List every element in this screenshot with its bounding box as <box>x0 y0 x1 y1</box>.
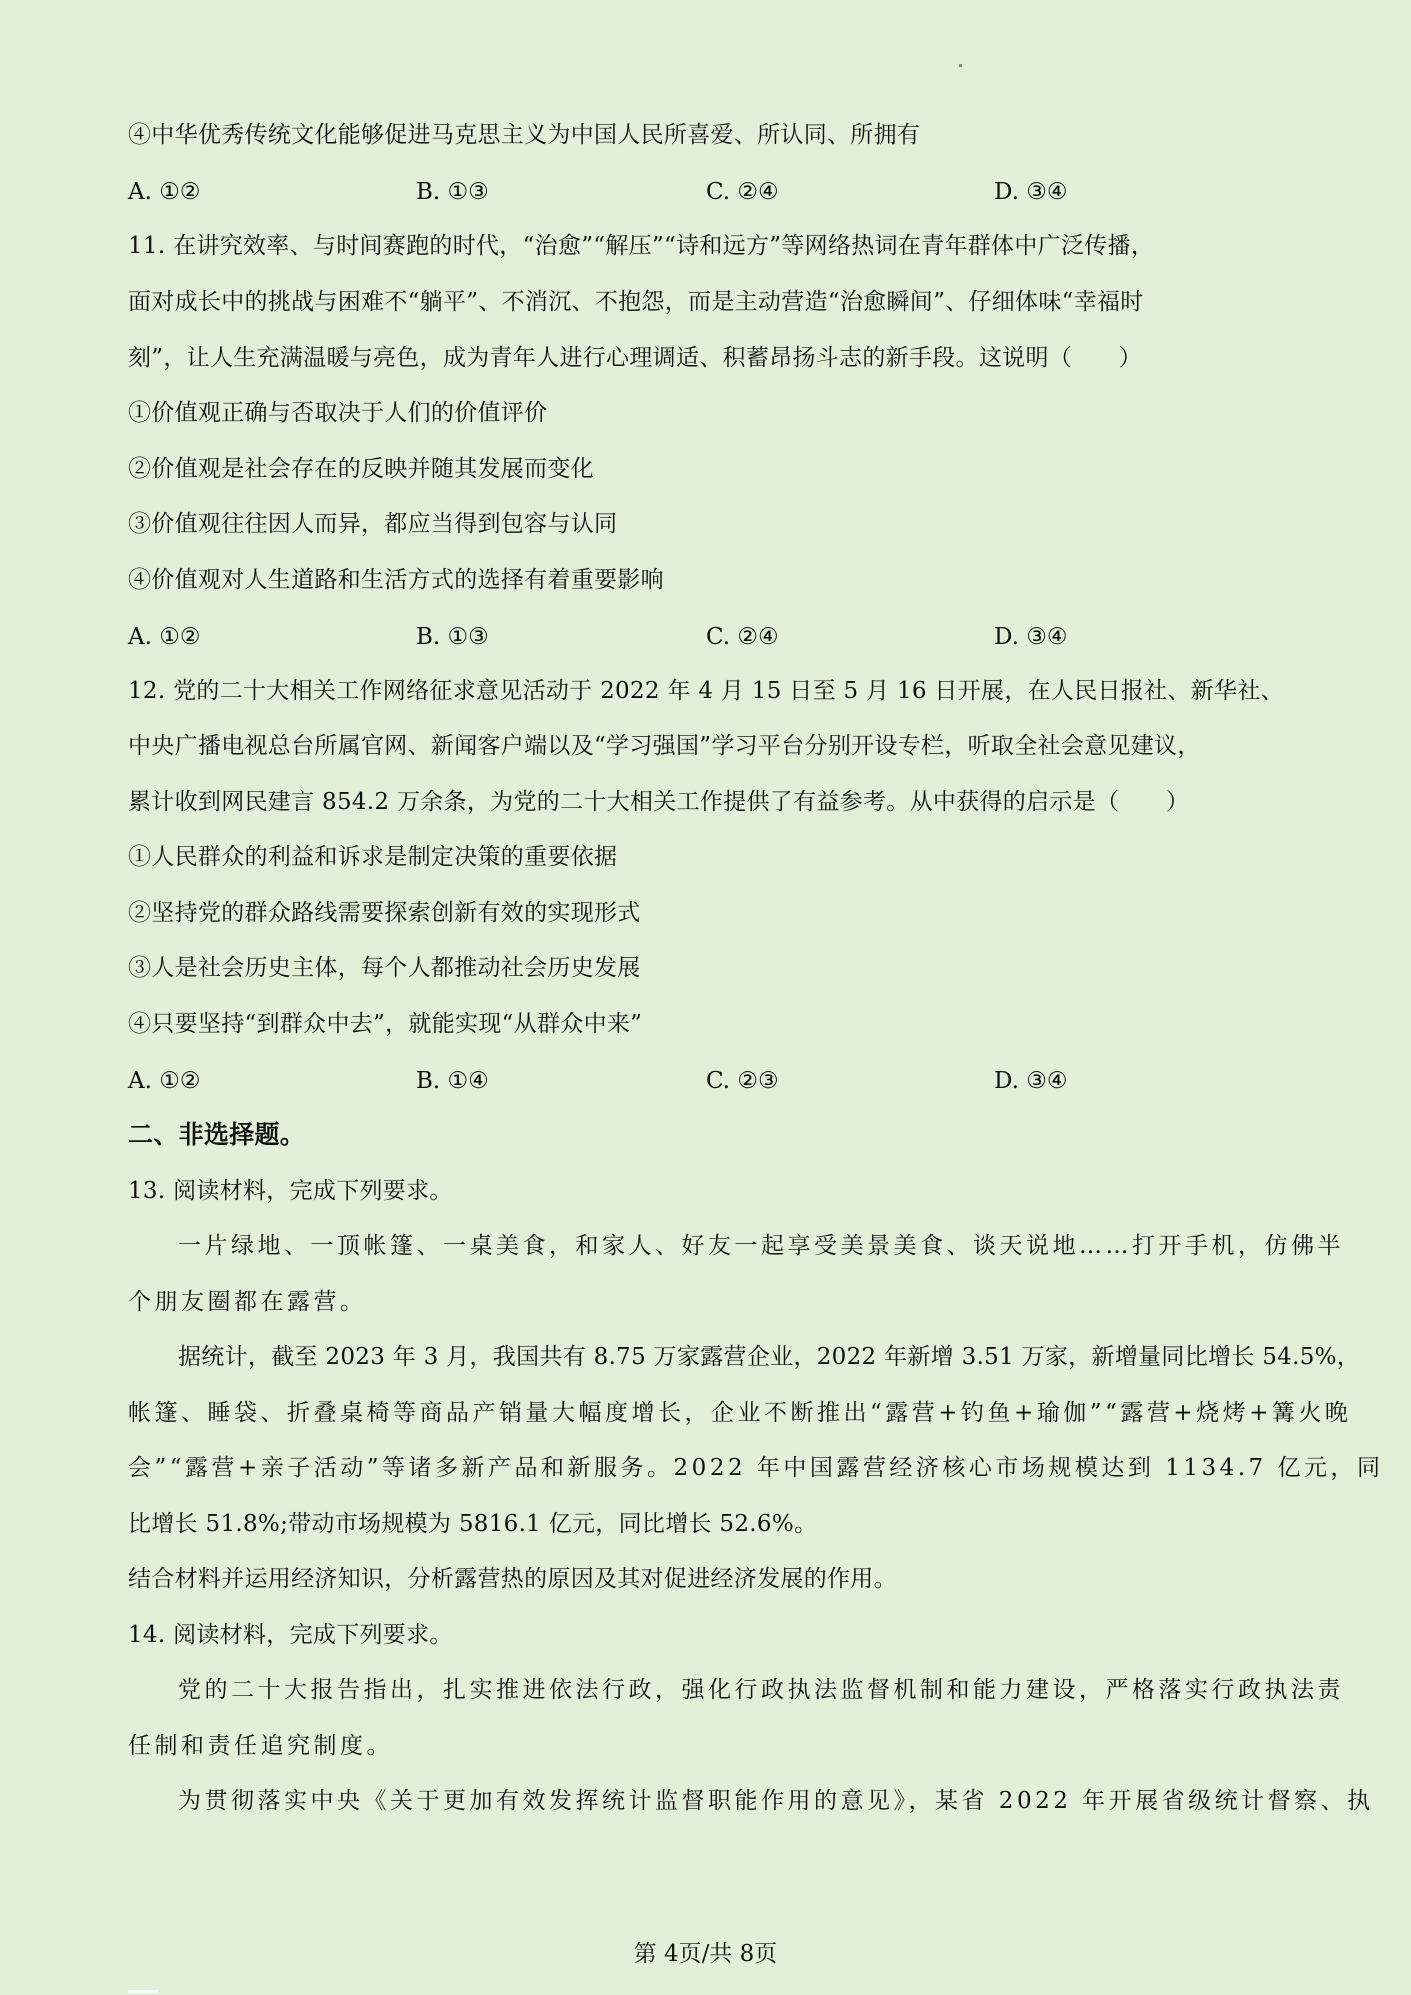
q12-item-4: ④只要坚持“到群众中去”，就能实现“从群众中来” <box>128 1009 642 1039</box>
q11-option-d[interactable]: D. ③④ <box>994 622 1067 652</box>
q11-option-c[interactable]: C. ②④ <box>706 622 779 652</box>
scan-speck <box>959 64 962 67</box>
q10-item-4: ④中华优秀传统文化能够促进马克思主义为中国人民所喜爱、所认同、所拥有 <box>128 120 920 150</box>
q12-option-c[interactable]: C. ②③ <box>706 1066 779 1096</box>
q13-requirement: 结合材料并运用经济知识，分析露营热的原因及其对促进经济发展的作用。 <box>128 1564 897 1594</box>
scan-mark <box>128 1990 158 1993</box>
q13-material-1-line-1: 一片绿地、一顶帐篷、一桌美食，和家人、好友一起享受美景美食、谈天说地……打开手机… <box>178 1231 1344 1261</box>
q12-stem-line-2: 中央广播电视总台所属官网、新闻客户端以及“学习强国”学习平台分别开设专栏，听取全… <box>128 731 1201 761</box>
q13-material-2-line-1: 据统计，截至 2023 年 3 月，我国共有 8.75 万家露营企业，2022 … <box>178 1342 1360 1372</box>
q11-item-2: ②价值观是社会存在的反映并随其发展而变化 <box>128 454 594 484</box>
q14-material-2-line-1: 为贯彻落实中央《关于更加有效发挥统计监督职能作用的意见》，某省 2022 年开展… <box>178 1786 1374 1816</box>
q11-option-b[interactable]: B. ①③ <box>416 622 489 652</box>
q10-option-a[interactable]: A. ①② <box>128 177 200 207</box>
q14-material-1-line-2: 任制和责任追究制度。 <box>128 1731 393 1761</box>
q11-item-1: ①价值观正确与否取决于人们的价值评价 <box>128 398 547 428</box>
q12-item-1: ①人民群众的利益和诉求是制定决策的重要依据 <box>128 842 617 872</box>
q12-stem-line-3: 累计收到网民建言 854.2 万余条，为党的二十大相关工作提供了有益参考。从中获… <box>128 787 1189 817</box>
q12-option-b[interactable]: B. ①④ <box>416 1066 489 1096</box>
q12-item-3: ③人是社会历史主体，每个人都推动社会历史发展 <box>128 953 641 983</box>
q10-option-c[interactable]: C. ②④ <box>706 177 779 207</box>
q11-stem-line-3: 刻”，让人生充满温暖与亮色，成为青年人进行心理调适、积蓄昂扬斗志的新手段。这说明… <box>128 343 1142 373</box>
q11-option-a[interactable]: A. ①② <box>128 622 200 652</box>
q12-option-a[interactable]: A. ①② <box>128 1066 200 1096</box>
q11-stem-line-2: 面对成长中的挑战与困难不“躺平”、不消沉、不抱怨，而是主动营造“治愈瞬间”、仔细… <box>128 287 1144 317</box>
q10-option-d[interactable]: D. ③④ <box>994 177 1067 207</box>
q12-stem-line-1: 12. 党的二十大相关工作网络征求意见活动于 2022 年 4 月 15 日至 … <box>128 676 1284 706</box>
q14-title: 14. 阅读材料，完成下列要求。 <box>128 1620 453 1650</box>
q13-material-2-line-3: 会”“露营+亲子活动”等诸多新产品和新服务。2022 年中国露营经济核心市场规模… <box>128 1453 1384 1483</box>
q13-title: 13. 阅读材料，完成下列要求。 <box>128 1176 453 1206</box>
q12-item-2: ②坚持党的群众路线需要探索创新有效的实现形式 <box>128 898 641 928</box>
q13-material-2-line-2: 帐篷、睡袋、折叠桌椅等商品产销量大幅度增长，企业不断推出“露营+钓鱼+瑜伽”“露… <box>128 1398 1351 1428</box>
q10-option-b[interactable]: B. ①③ <box>416 177 489 207</box>
q13-material-1-line-2: 个朋友圈都在露营。 <box>128 1287 367 1317</box>
q14-material-1-line-1: 党的二十大报告指出，扎实推进依法行政，强化行政执法监督机制和能力建设，严格落实行… <box>178 1675 1344 1705</box>
q11-item-3: ③价值观往往因人而异，都应当得到包容与认同 <box>128 509 617 539</box>
q11-item-4: ④价值观对人生道路和生活方式的选择有着重要影响 <box>128 565 664 595</box>
q12-option-d[interactable]: D. ③④ <box>994 1066 1067 1096</box>
page-footer: 第 4页/共 8页 <box>0 1935 1411 1968</box>
section-heading: 二、非选择题。 <box>128 1120 305 1150</box>
q11-stem-line-1: 11. 在讲究效率、与时间赛跑的时代，“治愈”“解压”“诗和远方”等网络热词在青… <box>128 231 1154 261</box>
q13-material-2-line-4: 比增长 51.8%;带动市场规模为 5816.1 亿元，同比增长 52.6%。 <box>128 1509 817 1539</box>
